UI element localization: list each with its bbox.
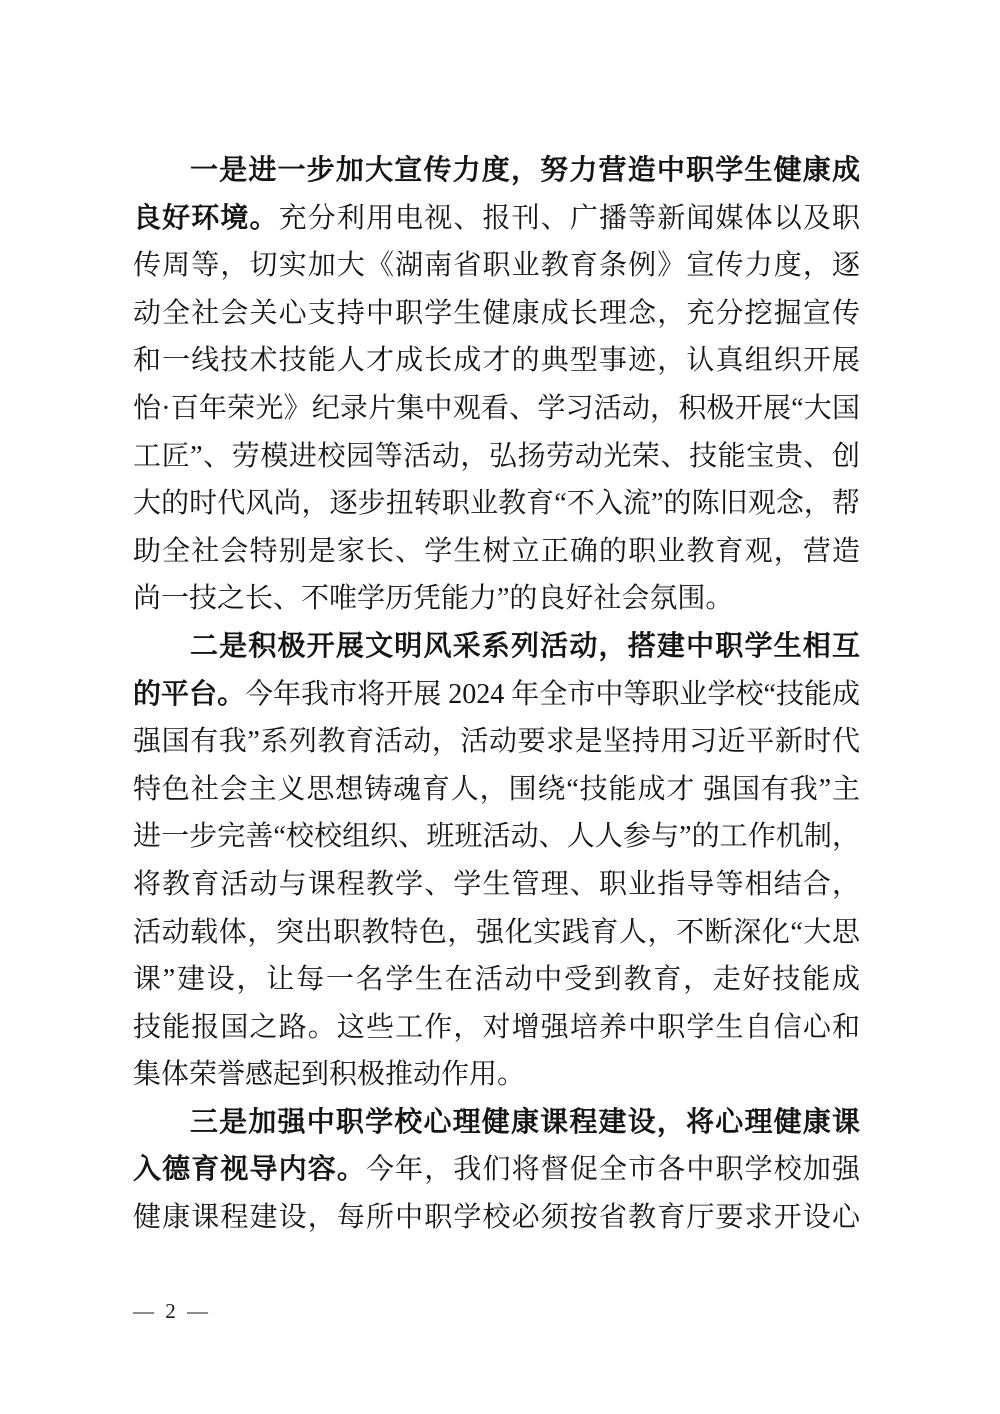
text-segment: 入德育视导内容。: [133, 1154, 366, 1185]
text-line: 二是积极开展文明风采系列活动，搭建中职学生相互交流: [133, 623, 860, 671]
text-segment: 三是加强中职学校心理健康课程建设，将心理健康课程纳: [133, 1107, 860, 1147]
text-line: 和一线技术技能人才成长成才的典型事迹，认真组织开展好《楚: [133, 337, 860, 385]
text-segment: 良好环境。: [133, 203, 279, 234]
text-line: 健康课程建设，每所中职学校必须按省教育厅要求开设心理健: [133, 1194, 860, 1242]
text-line: 课”建设，让每一名学生在活动中受到教育，走好技能成才、: [133, 956, 860, 1004]
text-line: 传周等，切实加大《湖南省职业教育条例》宣传力度，逐步推: [133, 242, 860, 290]
text-segment: 尚一技之长、不唯学历凭能力”的良好社会氛围。: [133, 583, 733, 614]
text-line: 尚一技之长、不唯学历凭能力”的良好社会氛围。: [133, 575, 860, 623]
text-segment: 二是积极开展文明风采系列活动，搭建中职学生相互交流: [133, 631, 860, 671]
text-segment: 健康课程建设，每所中职学校必须按省教育厅要求开设心理健: [133, 1202, 860, 1242]
text-line: 强国有我”系列教育活动，活动要求是坚持用习近平新时代中国: [133, 718, 860, 766]
text-line: 大的时代风尚，逐步扭转职业教育“不入流”的陈旧观念，帮: [133, 480, 860, 528]
text-line: 的平台。今年我市将开展 2024 年全市中等职业学校“技能成才: [133, 671, 860, 719]
text-line: 进一步完善“校校组织、班班活动、人人参与”的工作机制，: [133, 813, 860, 861]
text-line: 良好环境。充分利用电视、报刊、广播等新闻媒体以及职教宣: [133, 195, 860, 243]
text-segment: 工匠”、劳模进校园等活动，弘扬劳动光荣、技能宝贵、创造伟: [133, 441, 860, 481]
text-line: 将教育活动与课程教学、学生管理、职业指导等相结合，创新: [133, 861, 860, 909]
text-segment: 活动载体，突出职教特色，强化实践育人，不断深化“大思政: [133, 917, 860, 957]
text-line: 工匠”、劳模进校园等活动，弘扬劳动光荣、技能宝贵、创造伟: [133, 433, 860, 481]
text-line: 怡·百年荣光》纪录片集中观看、学习活动，积极开展“大国: [133, 385, 860, 433]
text-line: 助全社会特别是家长、学生树立正确的职业教育观，营造“崇: [133, 528, 860, 576]
text-segment: 大的时代风尚，逐步扭转职业教育“不入流”的陈旧观念，帮: [133, 488, 860, 519]
text-segment: 技能报国之路。这些工作，对增强培养中职学生自信心和培养: [133, 1012, 860, 1052]
text-segment: 一是进一步加大宣传力度，努力营造中职学生健康成长的: [133, 155, 860, 195]
text-segment: 动全社会关心支持中职学生健康成长理念，充分挖掘宣传基层: [133, 298, 860, 338]
text-line: 三是加强中职学校心理健康课程建设，将心理健康课程纳: [133, 1099, 860, 1147]
text-segment: 的平台。: [133, 679, 245, 710]
text-segment: 课”建设，让每一名学生在活动中受到教育，走好技能成才、: [133, 964, 860, 1004]
text-segment: 助全社会特别是家长、学生树立正确的职业教育观，营造“崇: [133, 536, 860, 576]
document-page: 一是进一步加大宣传力度，努力营造中职学生健康成长的良好环境。充分利用电视、报刊、…: [0, 0, 1000, 1414]
document-body: 一是进一步加大宣传力度，努力营造中职学生健康成长的良好环境。充分利用电视、报刊、…: [133, 147, 860, 1242]
text-segment: 强国有我”系列教育活动，活动要求是坚持用习近平新时代中国: [133, 726, 860, 766]
text-line: 入德育视导内容。今年，我们将督促全市各中职学校加强心理: [133, 1146, 860, 1194]
text-segment: 进一步完善“校校组织、班班活动、人人参与”的工作机制，: [133, 821, 860, 852]
text-line: 一是进一步加大宣传力度，努力营造中职学生健康成长的: [133, 147, 860, 195]
text-line: 活动载体，突出职教特色，强化实践育人，不断深化“大思政: [133, 909, 860, 957]
text-segment: 怡·百年荣光》纪录片集中观看、学习活动，积极开展“大国: [133, 393, 860, 424]
paragraph: 二是积极开展文明风采系列活动，搭建中职学生相互交流的平台。今年我市将开展 202…: [133, 623, 860, 1099]
text-segment: 和一线技术技能人才成长成才的典型事迹，认真组织开展好《楚: [133, 345, 860, 385]
text-line: 技能报国之路。这些工作，对增强培养中职学生自信心和培养: [133, 1004, 860, 1052]
text-line: 集体荣誉感起到积极推动作用。: [133, 1051, 860, 1099]
text-segment: 传周等，切实加大《湖南省职业教育条例》宣传力度，逐步推: [133, 250, 860, 290]
text-segment: 将教育活动与课程教学、学生管理、职业指导等相结合，创新: [133, 869, 860, 909]
paragraph: 三是加强中职学校心理健康课程建设，将心理健康课程纳入德育视导内容。今年，我们将督…: [133, 1099, 860, 1242]
text-line: 特色社会主义思想铸魂育人，围绕“技能成才 强国有我”主题，: [133, 766, 860, 814]
text-segment: 特色社会主义思想铸魂育人，围绕“技能成才 强国有我”主题，: [133, 774, 860, 814]
page-number: — 2 —: [133, 1296, 211, 1326]
text-line: 动全社会关心支持中职学生健康成长理念，充分挖掘宣传基层: [133, 290, 860, 338]
paragraph: 一是进一步加大宣传力度，努力营造中职学生健康成长的良好环境。充分利用电视、报刊、…: [133, 147, 860, 623]
text-segment: 集体荣誉感起到积极推动作用。: [133, 1059, 525, 1090]
